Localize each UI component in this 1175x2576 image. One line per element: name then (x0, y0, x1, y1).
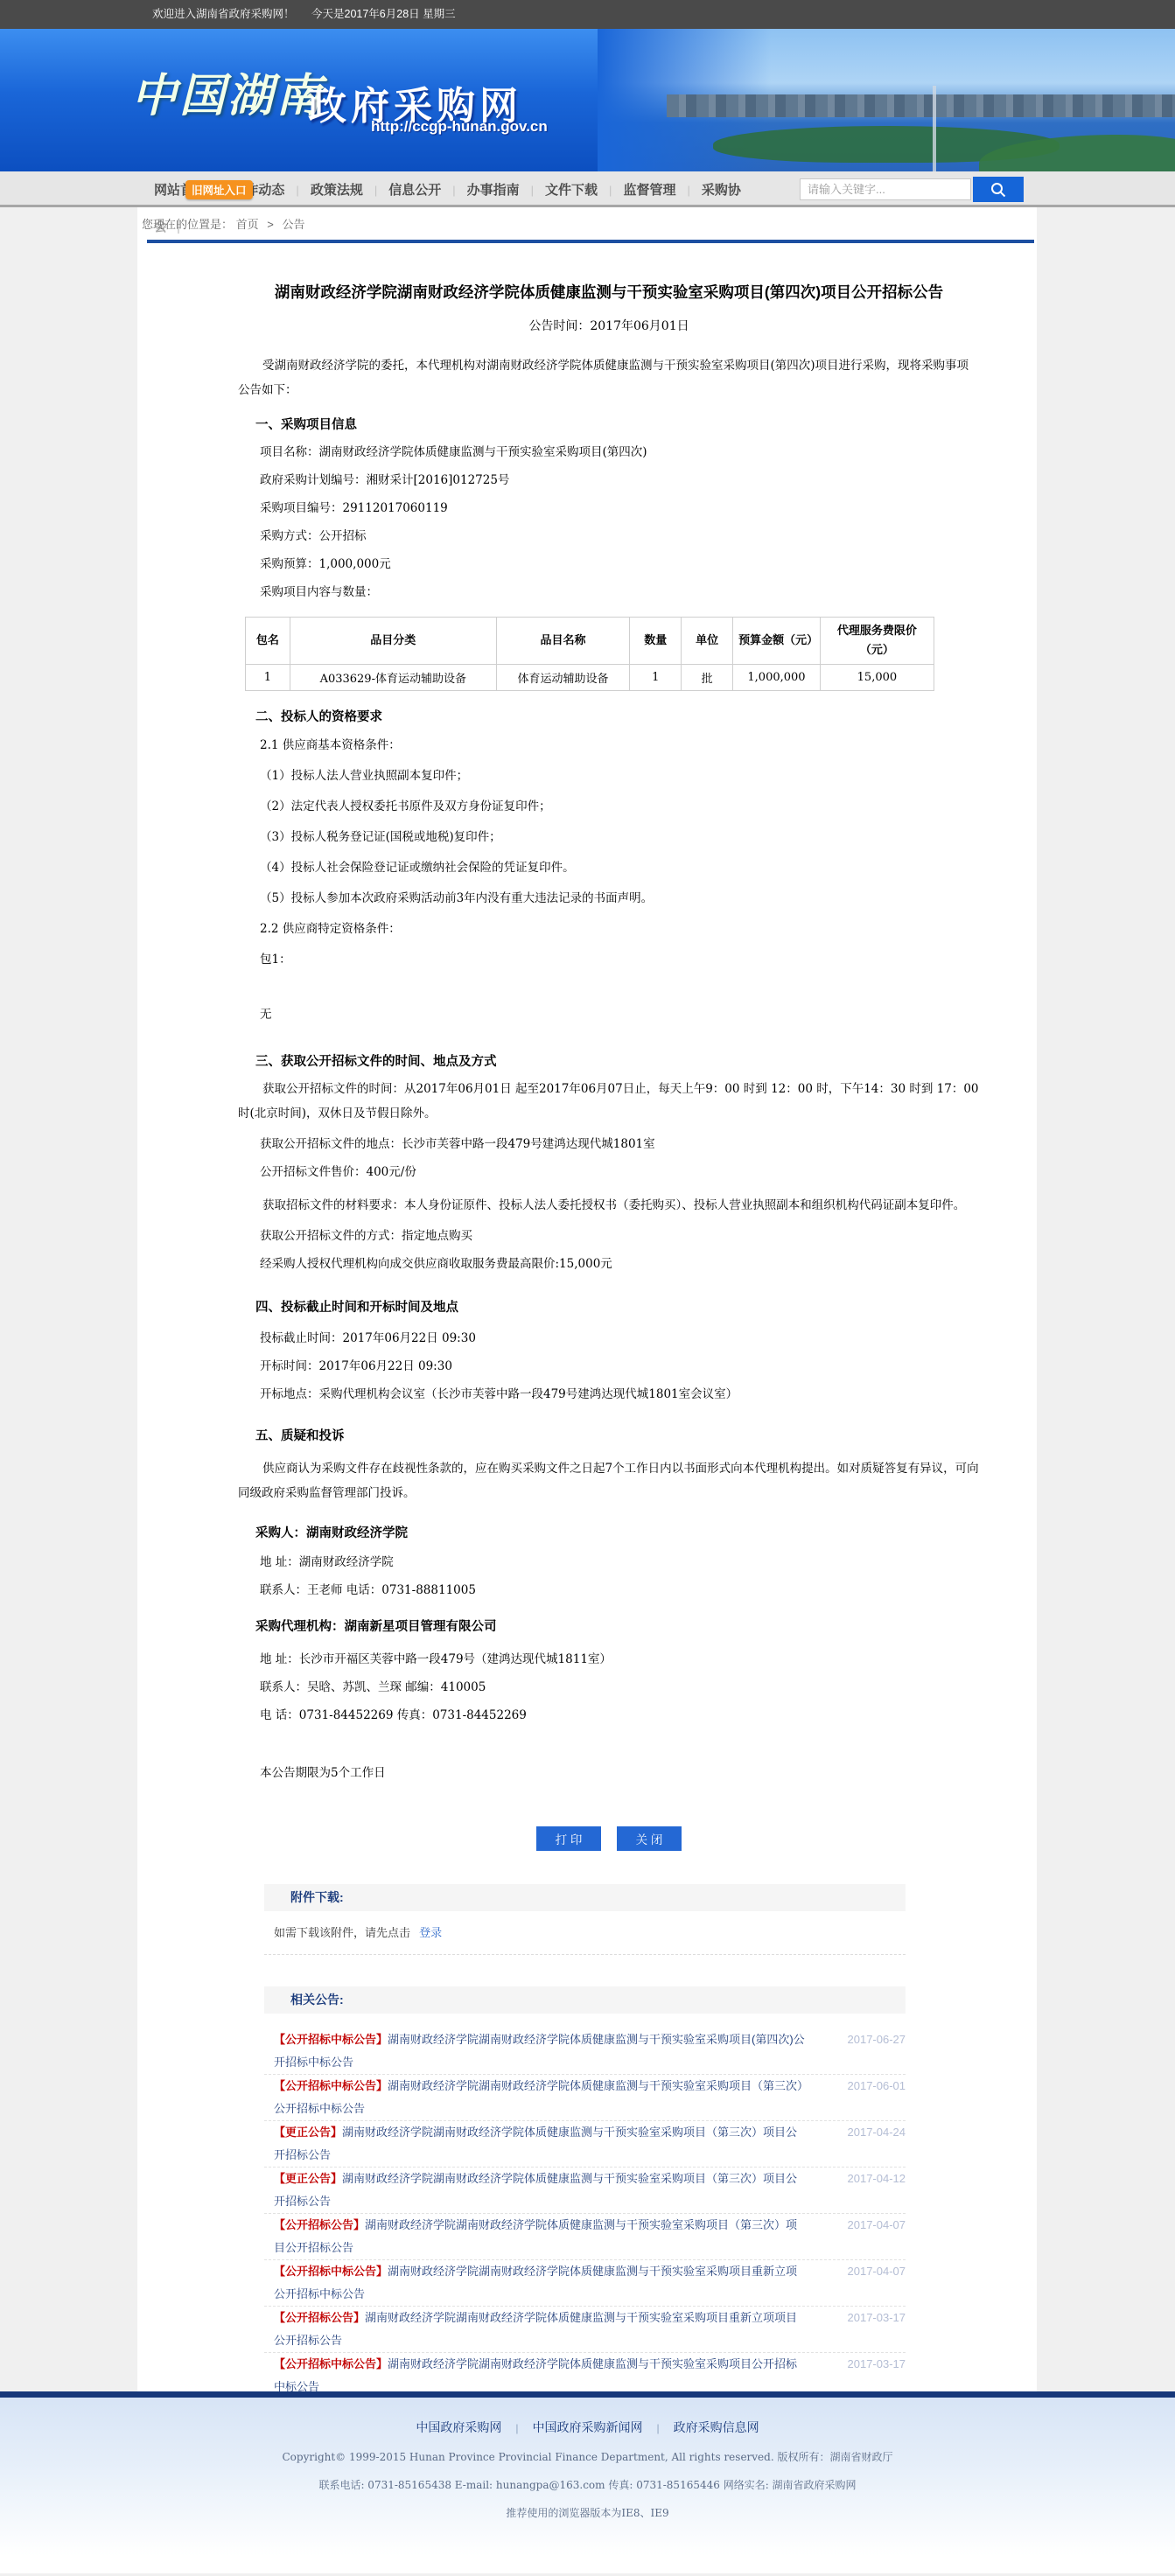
close-button[interactable]: 关 闭 (617, 1826, 682, 1851)
site-banner: 中国湖南 政府采购网 http://ccgp-hunan.gov.cn (0, 29, 1175, 171)
welcome-text: 欢迎进入湖南省政府采购网！ (152, 8, 295, 20)
agency-heading: 采购代理机构：湖南新星项目管理有限公司 (255, 1616, 980, 1635)
cell-budget: 1,000,000 (733, 665, 821, 691)
footer-top-bar (0, 2391, 1175, 2398)
agency-phone: 电 话：0731-84452269 传真：0731-84452269 (238, 1701, 980, 1729)
table-row: 1 A033629-体育运动辅助设备 体育运动辅助设备 1 批 1,000,00… (246, 665, 934, 691)
table-header-row: 包名 品目分类 品目名称 数量 单位 预算金额（元） 代理服务费限价（元） (246, 618, 934, 665)
attachment-login-note: 如需下载该附件，请先点击 登录 (264, 1923, 906, 1955)
announcement-text: 【公开招标中标公告】湖南财政经济学院湖南财政经济学院体质健康监测与干预实验室采购… (274, 2075, 906, 2120)
attachments-section: 附件下载: 如需下载该附件，请先点击 登录 (264, 1884, 906, 1955)
purchase-budget: 采购预算：1,000,000元 (238, 550, 980, 578)
print-button[interactable]: 打 印 (536, 1826, 601, 1851)
nav-item-policy[interactable]: 政策法规 (284, 180, 362, 199)
section1-heading: 一、采购项目信息 (255, 415, 980, 433)
col-item: 品目名称 (496, 618, 630, 665)
attachments-heading: 附件下载: (264, 1884, 906, 1911)
section3-lines: 获取公开招标文件的地点：长沙市芙蓉中路一段479号建鸿达现代城1801室 公开招… (238, 1130, 980, 1186)
agency-address: 地 址：长沙市开福区芙蓉中路一段479号（建鸿达现代城1811室） (238, 1645, 980, 1673)
related-announcement-item: 【公开招标中标公告】湖南财政经济学院湖南财政经济学院体质健康监测与干预实验室采购… (264, 2260, 906, 2307)
cell-category: A033629-体育运动辅助设备 (290, 665, 496, 691)
doc-price: 公开招标文件售价：400元/份 (238, 1158, 980, 1186)
related-announcement-item: 【公开招标中标公告】湖南财政经济学院湖南财政经济学院体质健康监测与干预实验室采购… (264, 2353, 906, 2391)
announcement-text: 【公开招标中标公告】湖南财政经济学院湖南财政经济学院体质健康监测与干预实验室采购… (274, 2028, 906, 2074)
announcement-tag: 【更正公告】 (274, 2172, 342, 2185)
footer: 中国政府采购网中国政府采购新闻网政府采购信息网 Copyright© 1999-… (0, 2398, 1175, 2573)
document-title: 湖南财政经济学院湖南财政经济学院体质健康监测与干预实验室采购项目(第四次)项目公… (238, 280, 980, 304)
footer-link-news[interactable]: 中国政府采购新闻网 (501, 2420, 642, 2434)
bid-deadline: 投标截止时间：2017年06月22日 09:30 (238, 1324, 980, 1352)
old-site-entrance-badge[interactable]: 旧网址入口 (185, 180, 253, 199)
section1-body: 项目名称：湖南财政经济学院体质健康监测与干预实验室采购项目(第四次) 政府采购计… (238, 438, 980, 606)
section2-heading: 二、投标人的资格要求 (255, 707, 980, 725)
buyer-address: 地 址：湖南财政经济学院 (238, 1548, 980, 1576)
req-specific-label: 2.2 供应商特定资格条件： (238, 914, 980, 945)
related-list: 【公开招标中标公告】湖南财政经济学院湖南财政经济学院体质健康监测与干预实验室采购… (264, 2028, 906, 2391)
req-item-4: （4）投标人社会保险登记证或缴纳社会保险的凭证复印件。 (238, 853, 980, 883)
purchase-method: 采购方式：公开招标 (238, 522, 980, 550)
req-item-3: （3）投标人税务登记证(国税或地税)复印件； (238, 822, 980, 853)
footer-copyright: Copyright© 1999-2015 Hunan Province Prov… (0, 2449, 1175, 2464)
nav-link-guide[interactable]: 办事指南 (467, 183, 520, 198)
related-announcement-item: 【更正公告】湖南财政经济学院湖南财政经济学院体质健康监测与干预实验室采购项目（第… (264, 2168, 906, 2214)
today-date: 今天是2017年6月28日 星期三 (311, 8, 456, 20)
project-number: 采购项目编号：29112017060119 (238, 494, 980, 522)
col-unit: 单位 (682, 618, 733, 665)
welcome-bar: 欢迎进入湖南省政府采购网！ 今天是2017年6月28日 星期三 (0, 0, 1175, 29)
cell-qty: 1 (630, 665, 682, 691)
announcement-date: 2017-03-17 (848, 2353, 906, 2376)
nav-link-info[interactable]: 信息公开 (388, 183, 441, 198)
breadcrumb-label: 您现在的位置是： (142, 218, 233, 231)
nav-link-association[interactable]: 采购协 (702, 183, 741, 198)
nav-item-supervision[interactable]: 监督管理 (598, 180, 675, 199)
main-area: 会 您现在的位置是： 首页 > 公告 湖南财政经济学院湖南财政经济学院体质健康监… (0, 207, 1175, 2391)
nav-item-info[interactable]: 信息公开 (363, 180, 441, 199)
breadcrumb-home-link[interactable]: 首页 (236, 218, 259, 231)
breadcrumb: 您现在的位置是： 首页 > 公告 (137, 207, 1037, 231)
announcement-text: 【更正公告】湖南财政经济学院湖南财政经济学院体质健康监测与干预实验室采购项目（第… (274, 2121, 906, 2167)
nav-link-policy[interactable]: 政策法规 (311, 183, 363, 198)
package-1-label: 包1： (238, 945, 980, 975)
req-item-1: （1）投标人法人营业执照副本复印件； (238, 761, 980, 792)
announcement-tag: 【公开招标中标公告】 (274, 2265, 388, 2278)
section3-heading: 三、获取公开招标文件的时间、地点及方式 (255, 1051, 980, 1070)
footer-contact: 联系电话: 0731-85165438 E-mail: hunangpa@163… (0, 2477, 1175, 2492)
main-navbar: 网站首页 工作动态 政策法规 信息公开 办事指南 文件下载 监督管理 采购协 旧… (0, 171, 1175, 207)
publish-time: 公告时间：2017年06月01日 (238, 317, 980, 334)
doc-material-req: 获取招标文件的材料要求：本人身份证原件、投标人法人委托授权书（委托购买）、投标人… (238, 1193, 980, 1218)
col-qty: 数量 (630, 618, 682, 665)
req-item-2: （2）法定代表人授权委托书原件及双方身份证复印件； (238, 792, 980, 822)
announcement-date: 2017-04-12 (848, 2168, 906, 2190)
agency-contact: 联系人：吴晗、苏凯、兰琛 邮编：410005 (238, 1673, 980, 1701)
related-announcement-item: 【公开招标中标公告】湖南财政经济学院湖南财政经济学院体质健康监测与干预实验室采购… (264, 2028, 906, 2075)
footer-link-ccgp[interactable]: 中国政府采购网 (416, 2420, 501, 2434)
section5-heading: 五、质疑和投诉 (255, 1426, 980, 1444)
related-announcement-item: 【公开招标公告】湖南财政经济学院湖南财政经济学院体质健康监测与干预实验室采购项目… (264, 2307, 906, 2353)
doc-time-paragraph: 获取公开招标文件的时间：从2017年06月01日 起至2017年06月07日止，… (238, 1077, 980, 1126)
announcement-link[interactable]: 湖南财政经济学院湖南财政经济学院体质健康监测与干预实验室采购项目（第三次）项目公… (274, 2126, 797, 2161)
col-budget: 预算金额（元） (733, 618, 821, 665)
site-url: http://ccgp-hunan.gov.cn (371, 118, 548, 136)
cell-unit: 批 (682, 665, 733, 691)
announcement-text: 【公开招标中标公告】湖南财政经济学院湖南财政经济学院体质健康监测与干预实验室采购… (274, 2260, 906, 2306)
procurement-items-table: 包名 品目分类 品目名称 数量 单位 预算金额（元） 代理服务费限价（元） 1 … (245, 617, 934, 691)
section4-body: 投标截止时间：2017年06月22日 09:30 开标时间：2017年06月22… (238, 1324, 980, 1408)
req-basic-label: 2.1 供应商基本资格条件： (238, 730, 980, 761)
buyer-heading: 采购人：湖南财政经济学院 (255, 1523, 980, 1541)
bid-open-time: 开标时间：2017年06月22日 09:30 (238, 1352, 980, 1380)
footer-link-info[interactable]: 政府采购信息网 (643, 2420, 759, 2434)
announcement-date: 2017-06-27 (848, 2028, 906, 2051)
announcement-tag: 【公开招标中标公告】 (274, 2033, 388, 2046)
section3-lines-2: 获取公开招标文件的方式：指定地点购买 经采购人授权代理机构向成交供应商收取服务费… (238, 1222, 980, 1278)
announcement-date: 2017-04-07 (848, 2260, 906, 2283)
site-logo-script: 中国湖南 (131, 59, 324, 124)
purchase-content-label: 采购项目内容与数量： (238, 578, 980, 606)
cell-package: 1 (246, 665, 290, 691)
content-panel: 会 您现在的位置是： 首页 > 公告 湖南财政经济学院湖南财政经济学院体质健康监… (137, 207, 1037, 2391)
announcement-link[interactable]: 湖南财政经济学院湖南财政经济学院体质健康监测与干预实验室采购项目（第三次）项目公… (274, 2172, 797, 2208)
service-fee-cap: 经采购人授权代理机构向成交供应商收取服务费最高限价:15,000元 (238, 1250, 980, 1278)
project-name: 项目名称：湖南财政经济学院体质健康监测与干预实验室采购项目(第四次) (238, 438, 980, 466)
announcement-document: 湖南财政经济学院湖南财政经济学院体质健康监测与干预实验室采购项目(第四次)项目公… (238, 280, 980, 1851)
announcement-tag: 【公开招标公告】 (274, 2311, 365, 2324)
nav-item-association[interactable]: 采购协 (675, 180, 740, 199)
announcement-tag: 【公开招标中标公告】 (274, 2357, 388, 2370)
section2-body: 2.1 供应商基本资格条件： （1）投标人法人营业执照副本复印件； （2）法定代… (238, 730, 980, 1030)
package-1-none: 无 (238, 1000, 980, 1030)
footer-links: 中国政府采购网中国政府采购新闻网政府采购信息网 (0, 2419, 1175, 2436)
doc-location: 获取公开招标文件的地点：长沙市芙蓉中路一段479号建鸿达现代城1801室 (238, 1130, 980, 1158)
col-package: 包名 (246, 618, 290, 665)
bid-open-place: 开标地点：采购代理机构会议室（长沙市芙蓉中路一段479号建鸿达现代城1801室会… (238, 1380, 980, 1408)
search-icon (990, 181, 1007, 199)
breadcrumb-separator: > (267, 218, 274, 231)
banner-skyline (667, 94, 1175, 117)
cell-item: 体育运动辅助设备 (496, 665, 630, 691)
nav-link-supervision[interactable]: 监督管理 (623, 183, 675, 198)
announcement-tag: 【公开招标公告】 (274, 2218, 365, 2231)
nav-link-download[interactable]: 文件下载 (545, 183, 598, 198)
announcement-text: 【公开招标公告】湖南财政经济学院湖南财政经济学院体质健康监测与干预实验室采购项目… (274, 2214, 906, 2259)
banner-city-photo (598, 29, 1175, 171)
buyer-body: 地 址：湖南财政经济学院 联系人：王老师 电话：0731-88811005 (238, 1548, 980, 1604)
breadcrumb-current: 公告 (283, 218, 305, 231)
banner-bridge (933, 86, 936, 171)
section4-heading: 四、投标截止时间和开标时间及地点 (255, 1297, 980, 1316)
buyer-contact: 联系人：王老师 电话：0731-88811005 (238, 1576, 980, 1604)
nav-item-download[interactable]: 文件下载 (520, 180, 598, 199)
col-category: 品目分类 (290, 618, 496, 665)
plan-number: 政府采购计划编号：湘财采计[2016]012725号 (238, 466, 980, 494)
search-button[interactable] (973, 177, 1024, 202)
announcement-text: 【公开招标中标公告】湖南财政经济学院湖南财政经济学院体质健康监测与干预实验室采购… (274, 2353, 906, 2391)
announcement-date: 2017-04-24 (848, 2121, 906, 2144)
login-link[interactable]: 登录 (419, 1927, 442, 1940)
announcement-date: 2017-04-07 (848, 2214, 906, 2237)
title-divider-rule (147, 240, 1034, 243)
agency-body: 地 址：长沙市开福区芙蓉中路一段479号（建鸿达现代城1811室） 联系人：吴晗… (238, 1645, 980, 1729)
doc-method: 获取公开招标文件的方式：指定地点购买 (238, 1222, 980, 1250)
related-announcements-section: 相关公告: 【公开招标中标公告】湖南财政经济学院湖南财政经济学院体质健康监测与干… (264, 1986, 906, 2391)
col-agency-fee: 代理服务费限价（元） (820, 618, 934, 665)
related-announcement-item: 【更正公告】湖南财政经济学院湖南财政经济学院体质健康监测与干预实验室采购项目（第… (264, 2121, 906, 2168)
announcement-tag: 【公开招标中标公告】 (274, 2079, 388, 2092)
search-input[interactable] (800, 178, 971, 200)
related-announcement-item: 【公开招标中标公告】湖南财政经济学院湖南财政经济学院体质健康监测与干预实验室采购… (264, 2075, 906, 2121)
validity-note: 本公告期限为5个工作日 (238, 1759, 980, 1788)
announcement-date: 2017-03-17 (848, 2307, 906, 2329)
nav-item-guide[interactable]: 办事指南 (441, 180, 519, 199)
related-announcement-item: 【公开招标公告】湖南财政经济学院湖南财政经济学院体质健康监测与干预实验室采购项目… (264, 2214, 906, 2260)
announcement-text: 【公开招标公告】湖南财政经济学院湖南财政经济学院体质健康监测与干预实验室采购项目… (274, 2307, 906, 2352)
attachment-note-text: 如需下载该附件，请先点击 (274, 1927, 410, 1940)
intro-paragraph: 受湖南财政经济学院的委托，本代理机构对湖南财政经济学院体质健康监测与干预实验室采… (238, 353, 980, 402)
announcement-date: 2017-06-01 (848, 2075, 906, 2098)
footer-browser-note: 推荐使用的浏览器版本为IE8、IE9 (0, 2505, 1175, 2520)
announcement-tag: 【更正公告】 (274, 2126, 342, 2139)
req-item-5: （5）投标人参加本次政府采购活动前3年内没有重大违法记录的书面声明。 (238, 883, 980, 914)
complaint-paragraph: 供应商认为采购文件存在歧视性条款的，应在购买采购文件之日起7个工作日内以书面形式… (238, 1456, 980, 1505)
cell-agency-fee: 15,000 (820, 665, 934, 691)
related-heading: 相关公告: (264, 1986, 906, 2014)
action-buttons: 打 印 关 闭 (238, 1826, 980, 1851)
announcement-text: 【更正公告】湖南财政经济学院湖南财政经济学院体质健康监测与干预实验室采购项目（第… (274, 2168, 906, 2213)
